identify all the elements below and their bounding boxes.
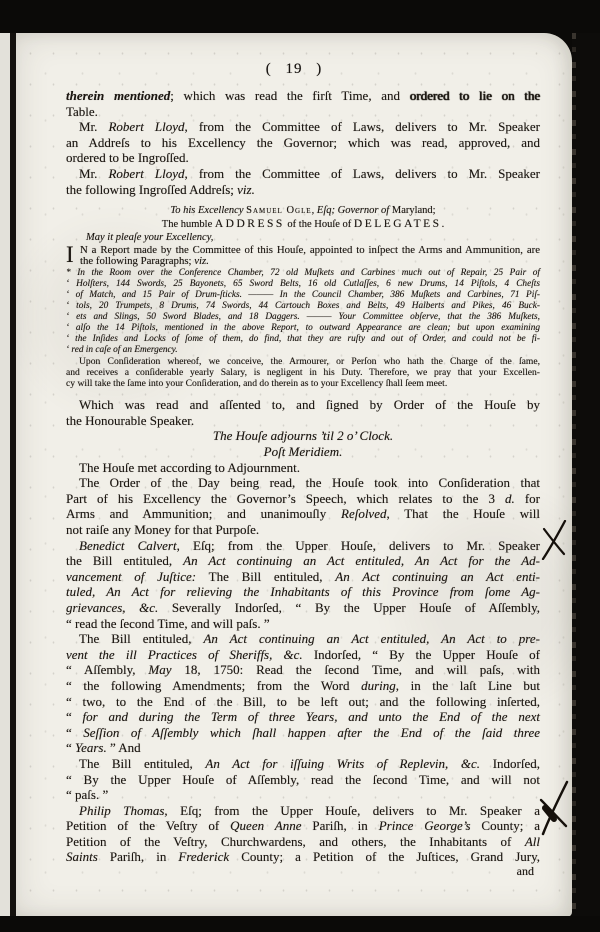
text-line: Philip Thomas, Eſq; from the Upper Houſe… xyxy=(66,803,540,819)
scan-border-right xyxy=(572,33,600,916)
text-line: “ two, to the End of the Bill, to be lef… xyxy=(66,694,540,710)
text-segment: Seſſion of Aſſembly which ſhall happen a… xyxy=(83,725,540,740)
text-line: ‘ alſo the 14 Piſtols, mentioned in the … xyxy=(66,323,540,334)
text-line: The humble ADDRESS of the Houſe of DELEG… xyxy=(66,218,540,231)
text-line: “ read the ſecond Time, and will paſs. ” xyxy=(66,616,540,632)
text-segment: May it pleaſe your Excellency, xyxy=(86,232,213,243)
scan-border-bottom xyxy=(0,916,600,932)
text-segment: Poſt Meridiem. xyxy=(264,444,343,459)
text-segment: Robert Lloyd xyxy=(108,119,184,134)
text-segment: Samuel Ogle xyxy=(246,205,312,216)
text-segment: An Act continuing an Act entituled, An A… xyxy=(183,553,540,568)
text-line: the following Ingroſſed Addreſs; viz. xyxy=(66,182,540,198)
text-line: and xyxy=(66,865,540,878)
text-line: ‘ of Match, and 15 Pair of Drum-ſticks. … xyxy=(66,290,540,301)
text-segment: DELEGATES xyxy=(354,218,442,230)
text-line: the following Paragraphs; viz. xyxy=(66,256,540,268)
text-line: The Houſe adjourns ’til 2 o’ Clock. xyxy=(66,428,540,444)
text-segment: vent the ill Practices of Sheriffs, &c. xyxy=(66,647,303,662)
text-segment: Years. xyxy=(75,740,107,755)
text-line: * In the Room over the Conference Chambe… xyxy=(66,268,540,279)
text-line: “ the following Amendments; from the Wor… xyxy=(66,678,540,694)
text-line: vent the ill Practices of Sheriffs, &c. … xyxy=(66,647,540,663)
text-line: Part of his Excellency the Governor’s Sp… xyxy=(66,491,540,507)
text-segment: Prince George’s xyxy=(379,818,471,833)
text-line: ‘ ets and Slings, 50 Sword Blades, and 1… xyxy=(66,312,540,323)
text-segment: grievances, &c. xyxy=(66,600,158,615)
text-segment: An Act for iſſuing Writs of Replevin, &c… xyxy=(205,756,480,771)
text-segment: Saints xyxy=(66,849,98,864)
text-line: and receives a conſiderable yearly Salar… xyxy=(66,367,540,378)
text-line: Petition of the Veſtry, Churchwardens, a… xyxy=(66,834,540,850)
text-column: therein mentioned; which was read the fi… xyxy=(66,88,540,878)
text-segment: Frederick xyxy=(178,849,229,864)
text-line: Benedict Calvert, Eſq; from the Upper Ho… xyxy=(66,538,540,554)
text-segment: Reſolved xyxy=(341,506,386,521)
text-line: Saints Pariſh, in Frederick County; a Pe… xyxy=(66,849,540,865)
text-line: Mr. Robert Lloyd, from the Committee of … xyxy=(66,166,540,182)
text-segment: All xyxy=(525,834,540,849)
text-line: Mr. Robert Lloyd, from the Committee of … xyxy=(66,119,540,135)
scan-border-top xyxy=(0,0,600,33)
text-segment: tuled, An Act for relieving the Inhabita… xyxy=(66,584,540,599)
text-segment: Robert Lloyd xyxy=(108,166,184,181)
text-segment: , Eſq; Governor of xyxy=(312,205,392,216)
text-line: The Houſe met according to Adjournment. xyxy=(66,460,540,476)
text-line: ‘ Holſters, 144 Swords, 25 Bayonets, 65 … xyxy=(66,279,540,290)
text-line: “ Years. ” And xyxy=(66,740,540,756)
text-segment: Philip Thomas xyxy=(79,803,164,818)
scanned-document: { "page": { "number_display": "( 19 )" }… xyxy=(0,0,600,932)
text-line: not raiſe any Money for that Purpoſe. xyxy=(66,522,540,538)
text-line: May it pleaſe your Excellency, xyxy=(66,232,540,245)
text-line: Petition of the Veſtry of Queen Anne Par… xyxy=(66,818,540,834)
page-number: ( 19 ) xyxy=(16,61,572,78)
text-line: ‘ tols, 20 Trumpets, 8 Drums, 74 Swords,… xyxy=(66,301,540,312)
text-segment: An Act continuing an Act entituled, An A… xyxy=(203,631,540,646)
text-line: Arms and Ammunition; and unanimouſly Reſ… xyxy=(66,506,540,522)
text-segment: therein mentioned xyxy=(66,88,170,103)
text-line: therein mentioned; which was read the fi… xyxy=(66,88,540,104)
text-line: the Bill entituled, An Act continuing an… xyxy=(66,553,540,569)
text-line: “ Aſſembly, May 18, 1750: Read the ſecon… xyxy=(66,662,540,678)
text-line: cy will take the ſame into your Conſider… xyxy=(66,378,540,389)
text-segment: vancement of Juſtice: xyxy=(66,569,196,584)
text-segment: ADDRESS xyxy=(215,218,285,230)
text-line: Which was read and aſſented to, and ſign… xyxy=(66,397,540,413)
text-line: vancement of Juſtice: The Bill entituled… xyxy=(66,569,540,585)
text-line: ‘ the Inſides and Locks of ſome of them,… xyxy=(66,334,540,345)
text-segment: To his Excellency xyxy=(170,205,246,216)
text-line: the Honourable Speaker. xyxy=(66,413,540,429)
text-segment: during xyxy=(361,678,396,693)
text-segment: Benedict Calvert xyxy=(79,538,177,553)
text-line: ‘ red in caſe of an Emergency. xyxy=(66,345,540,356)
text-segment: viz. xyxy=(194,255,209,267)
text-line: The Order of the Day being read, the Hou… xyxy=(66,475,540,491)
scan-gutter xyxy=(0,33,10,917)
text-line: “ for and during the Term of three Years… xyxy=(66,709,540,725)
text-segment: Queen Anne xyxy=(230,818,301,833)
text-segment: viz. xyxy=(237,182,255,197)
page: ( 19 ) therein mentioned; which was read… xyxy=(16,33,572,917)
text-line: an Addreſs to his Excellency the Governo… xyxy=(66,135,540,151)
text-line: Table. xyxy=(66,104,540,120)
text-line: tuled, An Act for relieving the Inhabita… xyxy=(66,584,540,600)
text-line: Poſt Meridiem. xyxy=(66,444,540,460)
text-line: grievances, &c. Severally Indorſed, “ By… xyxy=(66,600,540,616)
text-segment: An Act continuing an Act enti- xyxy=(335,569,540,584)
text-line: The Bill entituled, An Act for iſſuing W… xyxy=(66,756,540,772)
text-segment: The Houſe adjourns ’til 2 o’ Clock. xyxy=(213,428,393,443)
text-line: “ By the Upper Houſe of Aſſembly, read t… xyxy=(66,772,540,788)
text-line: “ Seſſion of Aſſembly which ſhall happen… xyxy=(66,725,540,741)
text-segment: d. xyxy=(505,491,515,506)
text-segment: for and during the Term of three Years, … xyxy=(83,709,540,724)
text-line: Upon Conſideration whereof, we conceive,… xyxy=(66,356,540,367)
text-line: The Bill entituled, An Act continuing an… xyxy=(66,631,540,647)
text-line: ordered to be Ingroſſed. xyxy=(66,150,540,166)
text-line: To his Excellency Samuel Ogle, Eſq; Gove… xyxy=(66,205,540,218)
text-segment: ordered to lie on the xyxy=(410,88,540,103)
text-line: “ paſs. ” xyxy=(66,787,540,803)
text-segment: May xyxy=(148,662,171,677)
